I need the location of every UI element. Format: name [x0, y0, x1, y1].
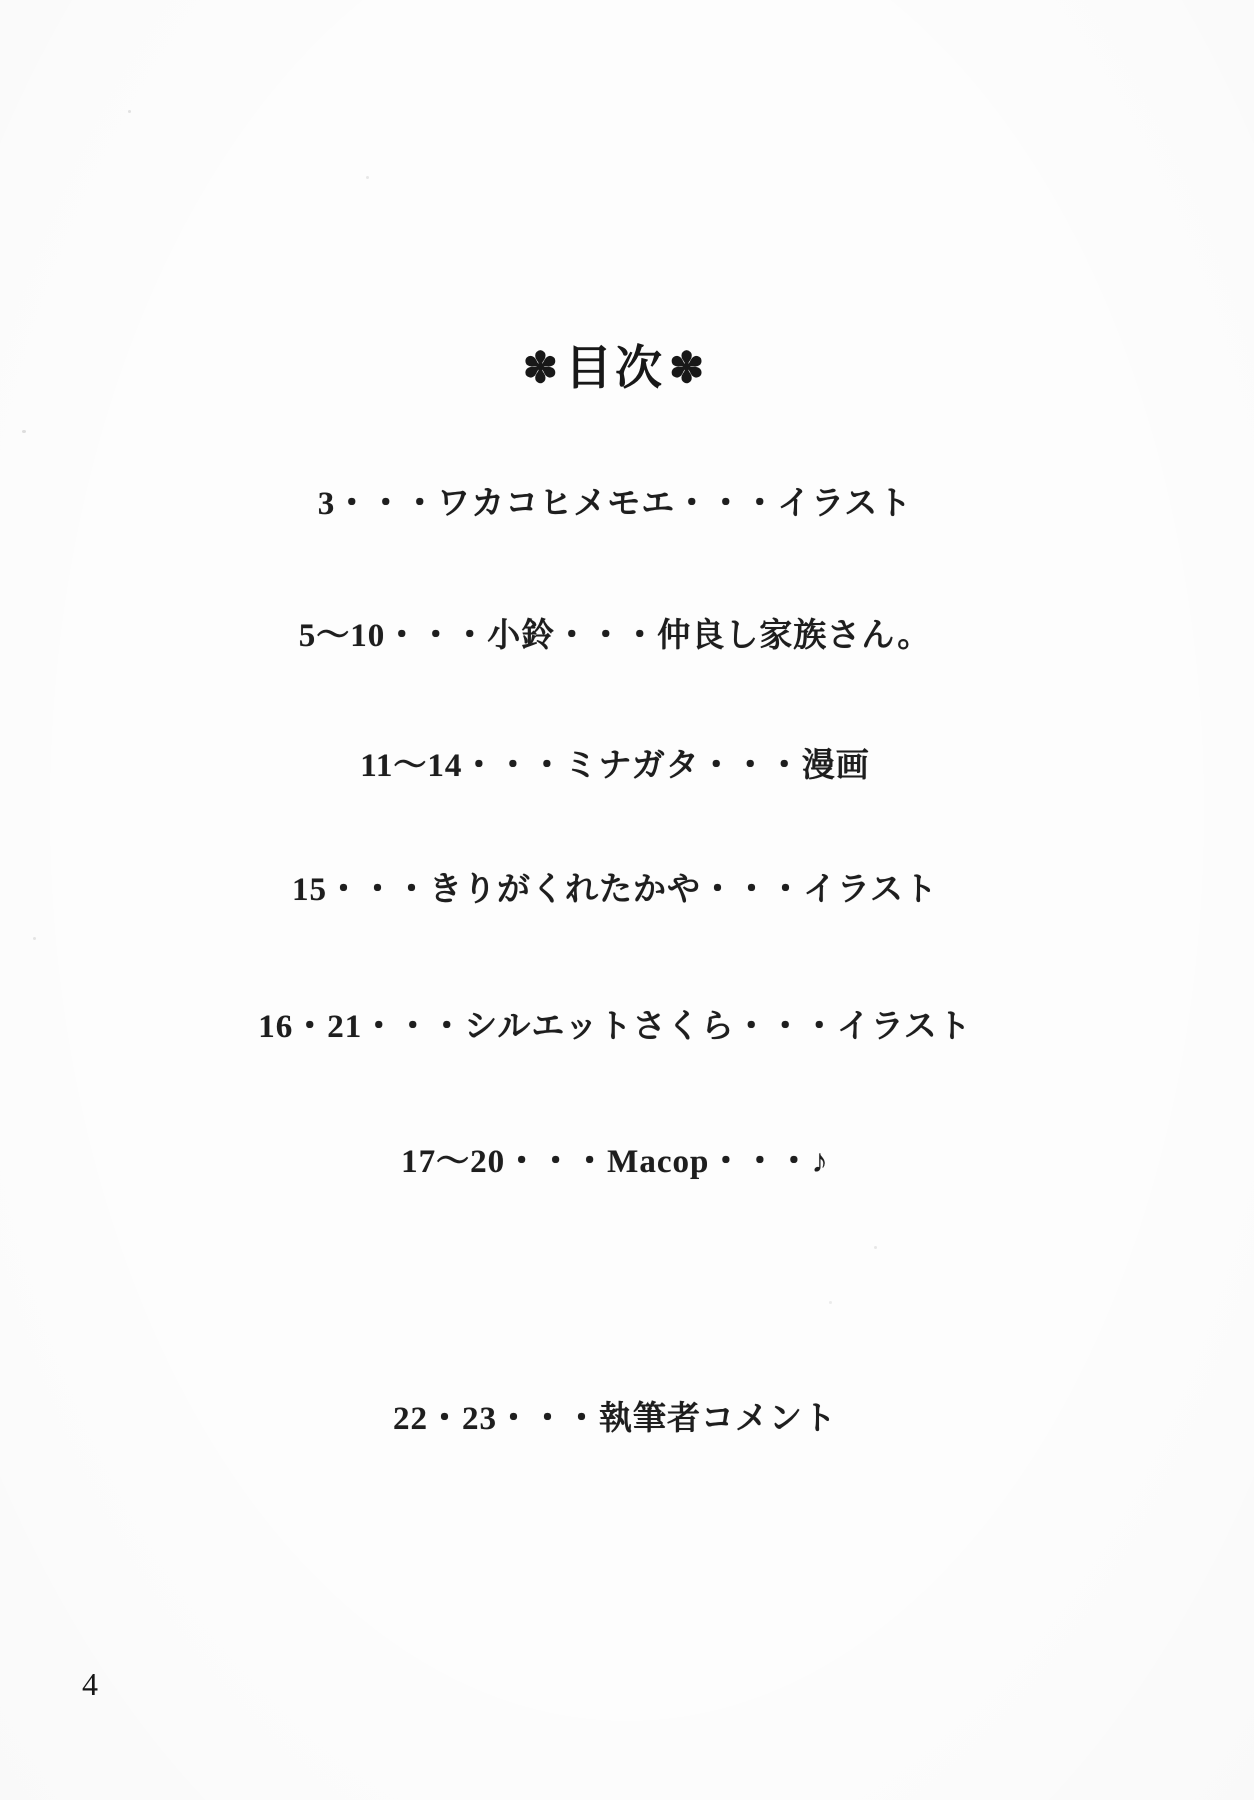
scan-speck — [874, 1246, 877, 1249]
scan-speck — [366, 176, 369, 179]
scanned-toc-page: ✽目次✽ 3・・・ワカコヒメモエ・・・イラスト 5～10・・・小鈴・・・仲良し家… — [0, 0, 1254, 1800]
toc-entry: 5～10・・・小鈴・・・仲良し家族さん。 — [0, 618, 1242, 656]
scan-speck — [829, 1301, 832, 1304]
scan-speck — [33, 937, 36, 940]
toc-entry: 16・21・・・シルエットさくら・・・イラスト — [0, 1009, 1242, 1047]
toc-entry: 11～14・・・ミナガタ・・・漫画 — [0, 748, 1242, 786]
toc-entry: 3・・・ワカコヒメモエ・・・イラスト — [0, 486, 1242, 524]
scan-speck — [128, 110, 131, 113]
page-number: 4 — [82, 1666, 98, 1703]
flower-asterisk-left-icon: ✽ — [519, 346, 565, 392]
page-title: ✽目次✽ — [0, 344, 1242, 396]
scan-speck — [22, 430, 26, 433]
flower-asterisk-right-icon: ✽ — [665, 346, 711, 392]
toc-entry: 17～20・・・Macop・・・♪ — [0, 1144, 1242, 1182]
toc-entry: 22・23・・・執筆者コメント — [0, 1401, 1242, 1439]
toc-entry: 15・・・きりがくれたかや・・・イラスト — [0, 872, 1242, 910]
page-title-text: 目次 — [565, 343, 665, 395]
